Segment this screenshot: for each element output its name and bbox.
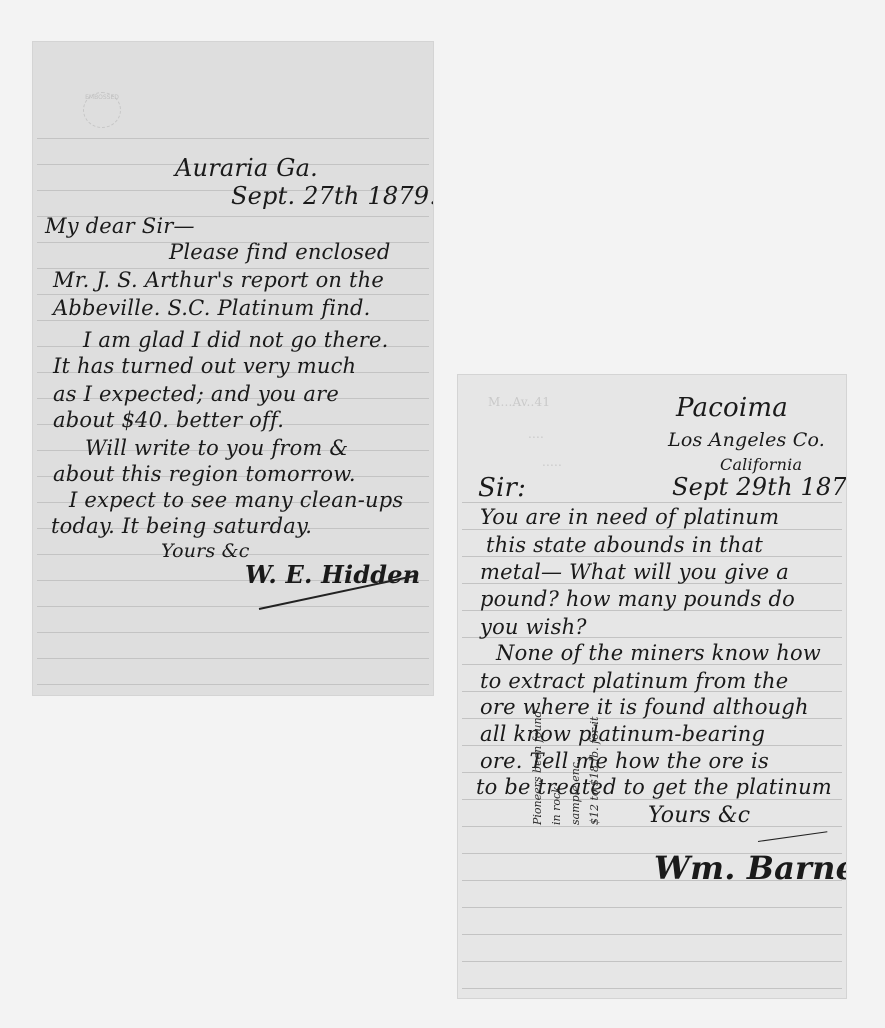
letter-date: Sept. 27th 1879. <box>231 182 433 210</box>
embossed-stamp: EMBOSSED <box>83 92 121 128</box>
letter-salutation: My dear Sir— <box>45 214 195 238</box>
body-line: You are in need of platinum <box>480 505 779 529</box>
body-line: I am glad I did not go there. <box>83 328 389 352</box>
letter-closing: Yours &c <box>648 803 750 828</box>
body-line: all know platinum-bearing <box>480 722 765 746</box>
body-line: you wish? <box>480 615 587 639</box>
letter-county: Los Angeles Co. <box>668 429 825 451</box>
body-line: None of the miners know how <box>496 641 821 665</box>
body-line: about $40. better off. <box>53 408 284 432</box>
letter-salutation: Sir: <box>478 473 526 503</box>
letter-signature: Wm. Barney <box>654 849 846 887</box>
faint-mark: M...Av..41 <box>488 395 550 409</box>
letter-date: Sept 29th 1879. <box>672 473 846 501</box>
body-line: Please find enclosed <box>169 240 391 264</box>
letter-closing: Yours &c <box>161 540 250 562</box>
letter-page-barney: M...Av..41 .... ..... Pacoima Los Angele… <box>458 375 846 998</box>
letter-place: Pacoima <box>676 393 788 423</box>
letter-signature: W. E. Hidden <box>245 560 420 589</box>
body-line: Abbeville. S.C. Platinum find. <box>53 296 371 320</box>
margin-note: Pioneers been found in rock sample enc. … <box>528 710 604 825</box>
body-line: It has turned out very much <box>53 354 356 378</box>
body-line: I expect to see many clean-ups <box>69 488 403 512</box>
faint-mark: .... <box>528 427 544 441</box>
margin-note-line: Pioneers been found <box>528 710 547 825</box>
letter-page-hidden: EMBOSSED Auraria Ga. Sept. 27th 1879. My… <box>33 42 433 695</box>
margin-note-line: $12 to $18 lb. for it <box>585 710 604 825</box>
body-line: about this region tomorrow. <box>53 462 356 486</box>
signature-flourish <box>758 831 827 842</box>
margin-note-line: in rock <box>547 710 566 825</box>
body-line: as I expected; and you are <box>53 382 339 406</box>
body-line: today. It being saturday. <box>51 514 312 538</box>
body-line: metal— What will you give a <box>480 560 789 584</box>
body-line: Will write to you from & <box>85 436 348 460</box>
letter-place: Auraria Ga. <box>175 154 318 182</box>
body-line: Mr. J. S. Arthur's report on the <box>53 268 384 292</box>
faint-mark: ..... <box>542 455 562 469</box>
body-line: pound? how many pounds do <box>480 587 795 611</box>
margin-note-line: sample enc. <box>566 710 585 825</box>
body-line: this state abounds in that <box>486 533 763 557</box>
letter-state: California <box>720 455 802 474</box>
body-line: to extract platinum from the <box>480 669 788 693</box>
body-line: ore. Tell me how the ore is <box>480 749 769 773</box>
